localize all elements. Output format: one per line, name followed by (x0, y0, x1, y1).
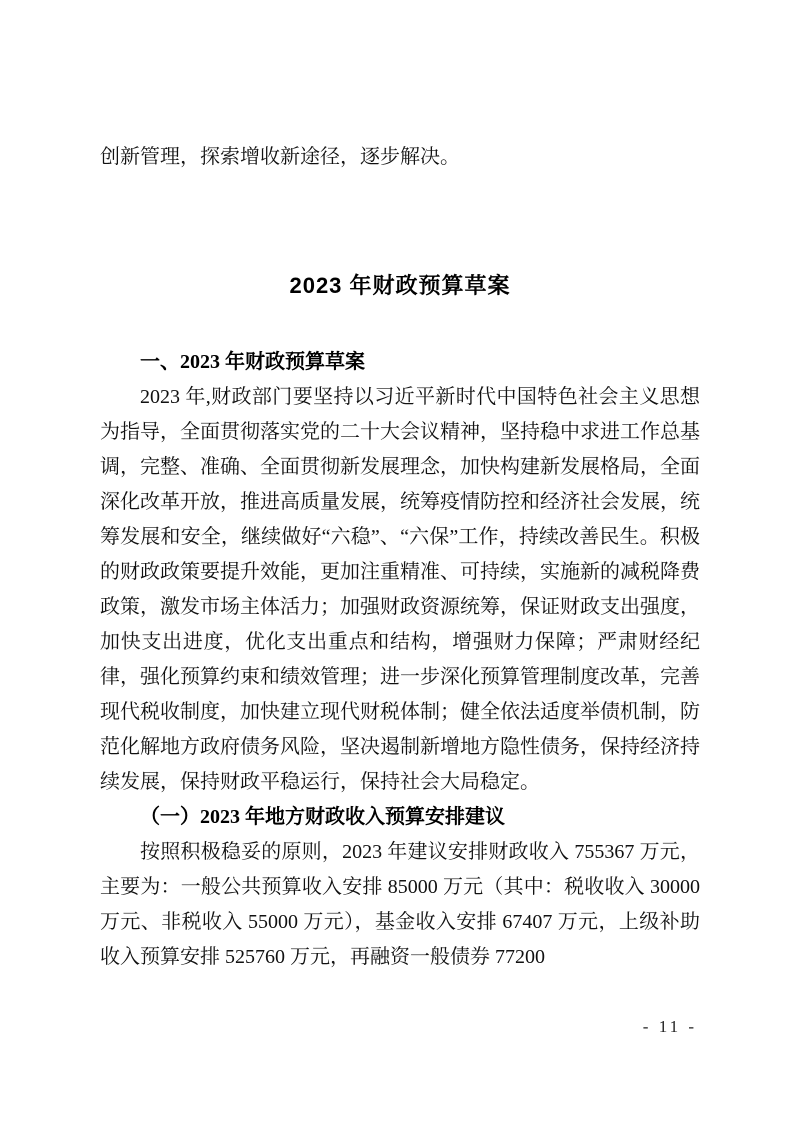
section-heading: 一、2023 年财政预算草案 (100, 345, 700, 380)
page-number: - 11 - (643, 1017, 697, 1037)
subsection-heading: （一）2023 年地方财政收入预算安排建议 (100, 800, 700, 835)
paragraph-continuation: 创新管理，探索增收新途径，逐步解决。 (100, 140, 700, 175)
document-page: 创新管理，探索增收新途径，逐步解决。 2023 年财政预算草案 一、2023 年… (0, 0, 793, 1122)
section-paragraph: 2023 年,财政部门要坚持以习近平新时代中国特色社会主义思想为指导，全面贯彻落… (100, 380, 700, 800)
subsection-paragraph: 按照积极稳妥的原则，2023 年建议安排财政收入 755367 万元，主要为：一… (100, 835, 700, 975)
document-title: 2023 年财政预算草案 (100, 268, 700, 303)
page-content: 创新管理，探索增收新途径，逐步解决。 2023 年财政预算草案 一、2023 年… (100, 0, 700, 975)
